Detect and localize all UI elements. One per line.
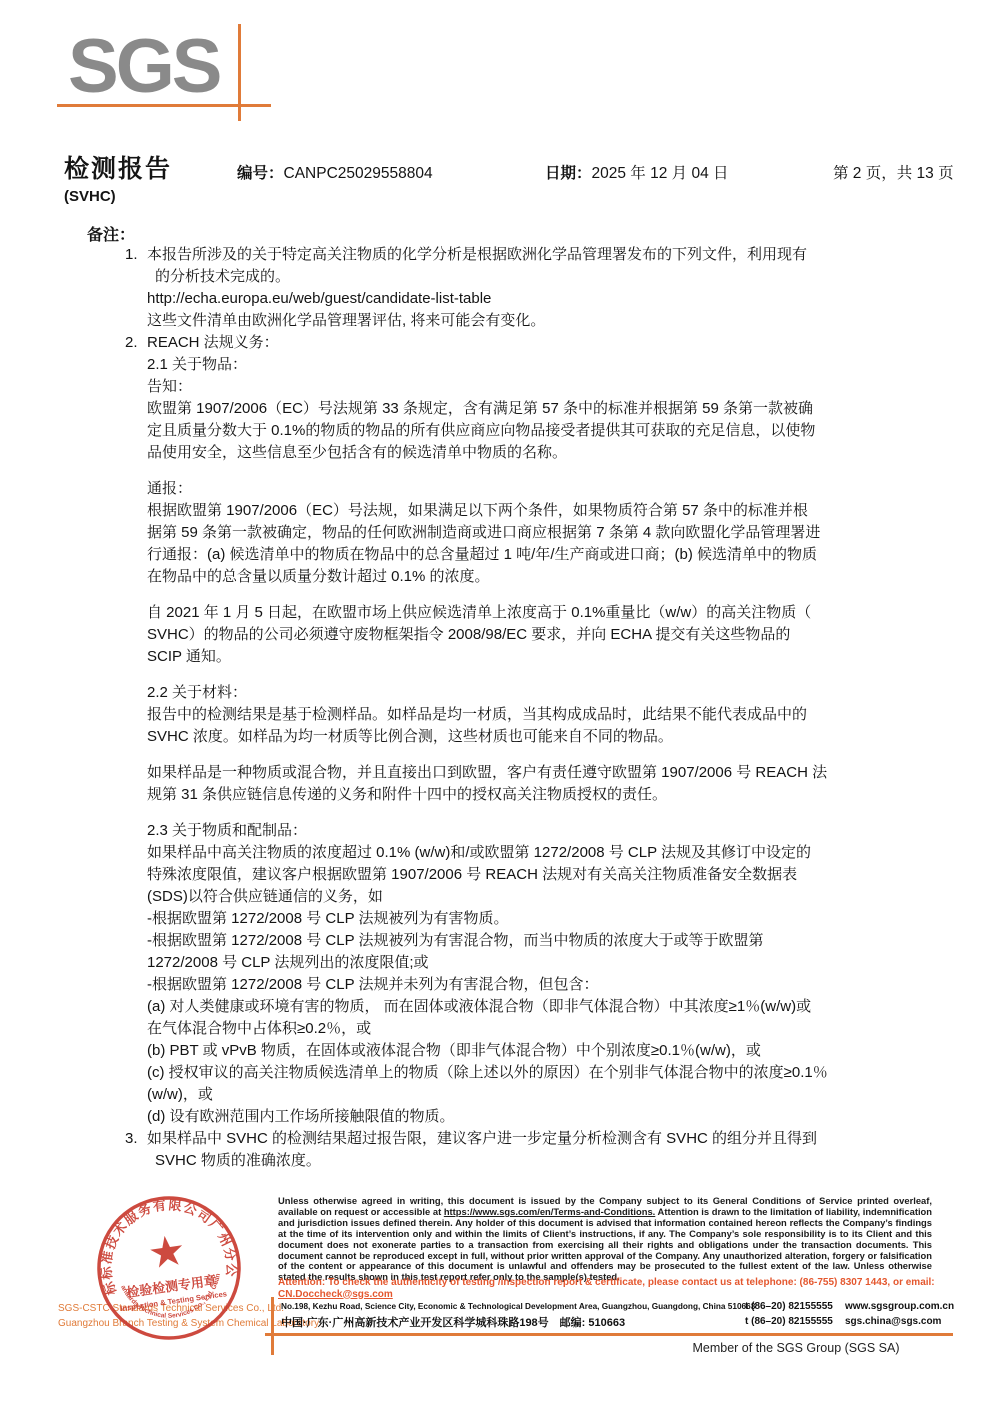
note-line: 据第 59 条第一款被确定，物品的任何欧洲制造商或进口商应根据第 7 条第 4 … — [125, 522, 915, 544]
note-item-number: 1. — [125, 244, 147, 266]
note-line: 定且质量分数大于 0.1%的物质的物品的所有供应商应向物品接受者提供其可获取的充… — [125, 420, 915, 442]
note-line: 通报： — [125, 478, 915, 500]
note-line: 根据欧盟第 1907/2006（EC）号法规，如果满足以下两个条件，如果物质符合… — [125, 500, 915, 522]
note-line: -根据欧盟第 1272/2008 号 CLP 法规并未列为有害混合物，但包含： — [125, 974, 915, 996]
note-line: 这些文件清单由欧洲化学品管理署评估, 将来可能会有变化。 — [125, 310, 915, 332]
inspection-stamp: 通标标准技术服务有限公司广州分公司 SGS-CSTC Standards Tec… — [83, 1182, 255, 1354]
terms-link[interactable]: https://www.sgs.com/en/Terms-and-Conditi… — [444, 1206, 655, 1217]
note-line: (a) 对人类健康或环境有害的物质， 而在固体或液体混合物（即非气体混合物）中其… — [125, 996, 915, 1018]
legal-disclaimer: Unless otherwise agreed in writing, this… — [278, 1196, 932, 1283]
note-line: 自 2021 年 1 月 5 日起，在欧盟市场上供应候选清单上浓度高于 0.1%… — [125, 602, 915, 624]
footer-horizontal-rule — [265, 1333, 953, 1336]
note-line: SCIP 通知。 — [125, 646, 915, 668]
note-item-number: 2. — [125, 332, 147, 354]
phone-number-2: t (86–20) 82155555 — [745, 1316, 833, 1327]
note-gap — [125, 806, 915, 820]
note-line: SVHC）的物品的公司必须遵守废物框架指令 2008/98/EC 要求，并向 E… — [125, 624, 915, 646]
note-line: 行通报：(a) 候选清单中的物质在物品中的总含量超过 1 吨/年/生产商或进口商… — [125, 544, 915, 566]
footer-vertical-rule — [271, 1297, 274, 1355]
note-line: 品使用安全，这些信息至少包括含有的候选清单中物质的名称。 — [125, 442, 915, 464]
report-number-value: CANPC25029558804 — [284, 165, 433, 182]
stamp-star-icon: ★ — [145, 1226, 189, 1278]
note-line: 如果样品中高关注物质的浓度超过 0.1% (w/w)和/或欧盟第 1272/20… — [125, 842, 915, 864]
phone-number-1: t (86–20) 82155555 — [745, 1301, 833, 1312]
note-gap — [125, 668, 915, 682]
page-number-info: 第 2 页，共 13 页 — [833, 161, 954, 183]
note-line: 1.本报告所涉及的关于特定高关注物质的化学分析是根据欧洲化学品管理署发布的下列文… — [125, 244, 915, 266]
note-line: 在物品中的总含量以质量分数计超过 0.1% 的浓度。 — [125, 566, 915, 588]
test-report-page: SGS 检测报告 (SVHC) 编号：CANPC25029558804 日期：2… — [0, 0, 1000, 1414]
note-line: 2.REACH 法规义务： — [125, 332, 915, 354]
note-line: (SDS)以符合供应链通信的义务，如 — [125, 886, 915, 908]
note-gap — [125, 464, 915, 478]
report-date-field: 日期：2025 年 12 月 04 日 — [545, 161, 729, 183]
note-line: 如果样品是一种物质或混合物，并且直接出口到欧盟，客户有责任遵守欧盟第 1907/… — [125, 762, 915, 784]
note-text: 如果样品中 SVHC 的检测结果超过报告限，建议客户进一步定量分析检测含有 SV… — [147, 1128, 817, 1150]
note-line: 特殊浓度限值，建议客户根据欧盟第 1907/2006 号 REACH 法规对有关… — [125, 864, 915, 886]
note-text: REACH 法规义务： — [147, 332, 279, 354]
note-line: -根据欧盟第 1272/2008 号 CLP 法规被列为有害物质。 — [125, 908, 915, 930]
sgs-logo: SGS — [68, 24, 220, 110]
note-line: 报告中的检测结果是基于检测样品。如样品是均一材质，当其构成成品时，此结果不能代表… — [125, 704, 915, 726]
note-line: SVHC 浓度。如样品为均一材质等比例合测，这些材质也可能来自不同的物品。 — [125, 726, 915, 748]
note-line: 2.1 关于物品： — [125, 354, 915, 376]
note-line: http://echa.europa.eu/web/guest/candidat… — [125, 288, 915, 310]
report-date-value: 2025 年 12 月 04 日 — [592, 165, 729, 182]
report-date-label: 日期： — [545, 165, 592, 182]
doccheck-email-link[interactable]: CN.Doccheck@sgs.com — [278, 1289, 393, 1300]
note-line: (c) 授权审议的高关注物质候选清单上的物质（除上述以外的原因）在个别非气体混合… — [125, 1062, 915, 1084]
note-text: 本报告所涉及的关于特定高关注物质的化学分析是根据欧洲化学品管理署发布的下列文件，… — [147, 244, 807, 266]
page-subtitle: (SVHC) — [64, 188, 116, 205]
report-number-label: 编号： — [237, 165, 284, 182]
address-english: No.198, Kezhu Road, Science City, Econom… — [281, 1301, 755, 1311]
notes-heading: 备注： — [87, 222, 135, 245]
notes-body: 1.本报告所涉及的关于特定高关注物质的化学分析是根据欧洲化学品管理署发布的下列文… — [125, 244, 915, 1172]
note-line: SVHC 物质的准确浓度。 — [125, 1150, 915, 1172]
note-item-number: 3. — [125, 1128, 147, 1150]
note-line: 2.2 关于材料： — [125, 682, 915, 704]
address-chinese: 中国·广东·广州高新技术产业开发区科学城科珠路198号 邮编: 510663 — [281, 1314, 625, 1330]
note-line: 3.如果样品中 SVHC 的检测结果超过报告限，建议客户进一步定量分析检测含有 … — [125, 1128, 915, 1150]
note-line: 1272/2008 号 CLP 法规列出的浓度限值;或 — [125, 952, 915, 974]
note-line: -根据欧盟第 1272/2008 号 CLP 法规被列为有害混合物，而当中物质的… — [125, 930, 915, 952]
note-line: 欧盟第 1907/2006（EC）号法规第 33 条规定，含有满足第 57 条中… — [125, 398, 915, 420]
authenticity-notice: Attention: To check the authenticity of … — [278, 1277, 940, 1300]
note-line: 规第 31 条供应链信息传递的义务和附件十四中的授权高关注物质授权的责任。 — [125, 784, 915, 806]
disclaimer-text-2: Attention is drawn to the limitation of … — [278, 1206, 932, 1282]
page-title: 检测报告 — [64, 149, 172, 185]
logo-vertical-rule — [238, 24, 241, 121]
sgs-group-member-note: Member of the SGS Group (SGS SA) — [640, 1341, 952, 1355]
note-line: (w/w)，或 — [125, 1084, 915, 1106]
note-line: (b) PBT 或 vPvB 物质，在固体或液体混合物（即非气体混合物）中个别浓… — [125, 1040, 915, 1062]
note-line: (d) 设有欧洲范围内工作场所接触限值的物质。 — [125, 1106, 915, 1128]
report-number-field: 编号：CANPC25029558804 — [237, 161, 433, 183]
note-line: 的分析技术完成的。 — [125, 266, 915, 288]
website-url[interactable]: www.sgsgroup.com.cn — [845, 1301, 954, 1312]
note-gap — [125, 588, 915, 602]
note-gap — [125, 748, 915, 762]
authenticity-text: Attention: To check the authenticity of … — [278, 1277, 935, 1288]
note-line: 在气体混合物中占体积≥0.2％，或 — [125, 1018, 915, 1040]
contact-email[interactable]: sgs.china@sgs.com — [845, 1316, 941, 1327]
note-line: 告知： — [125, 376, 915, 398]
note-line: 2.3 关于物质和配制品： — [125, 820, 915, 842]
